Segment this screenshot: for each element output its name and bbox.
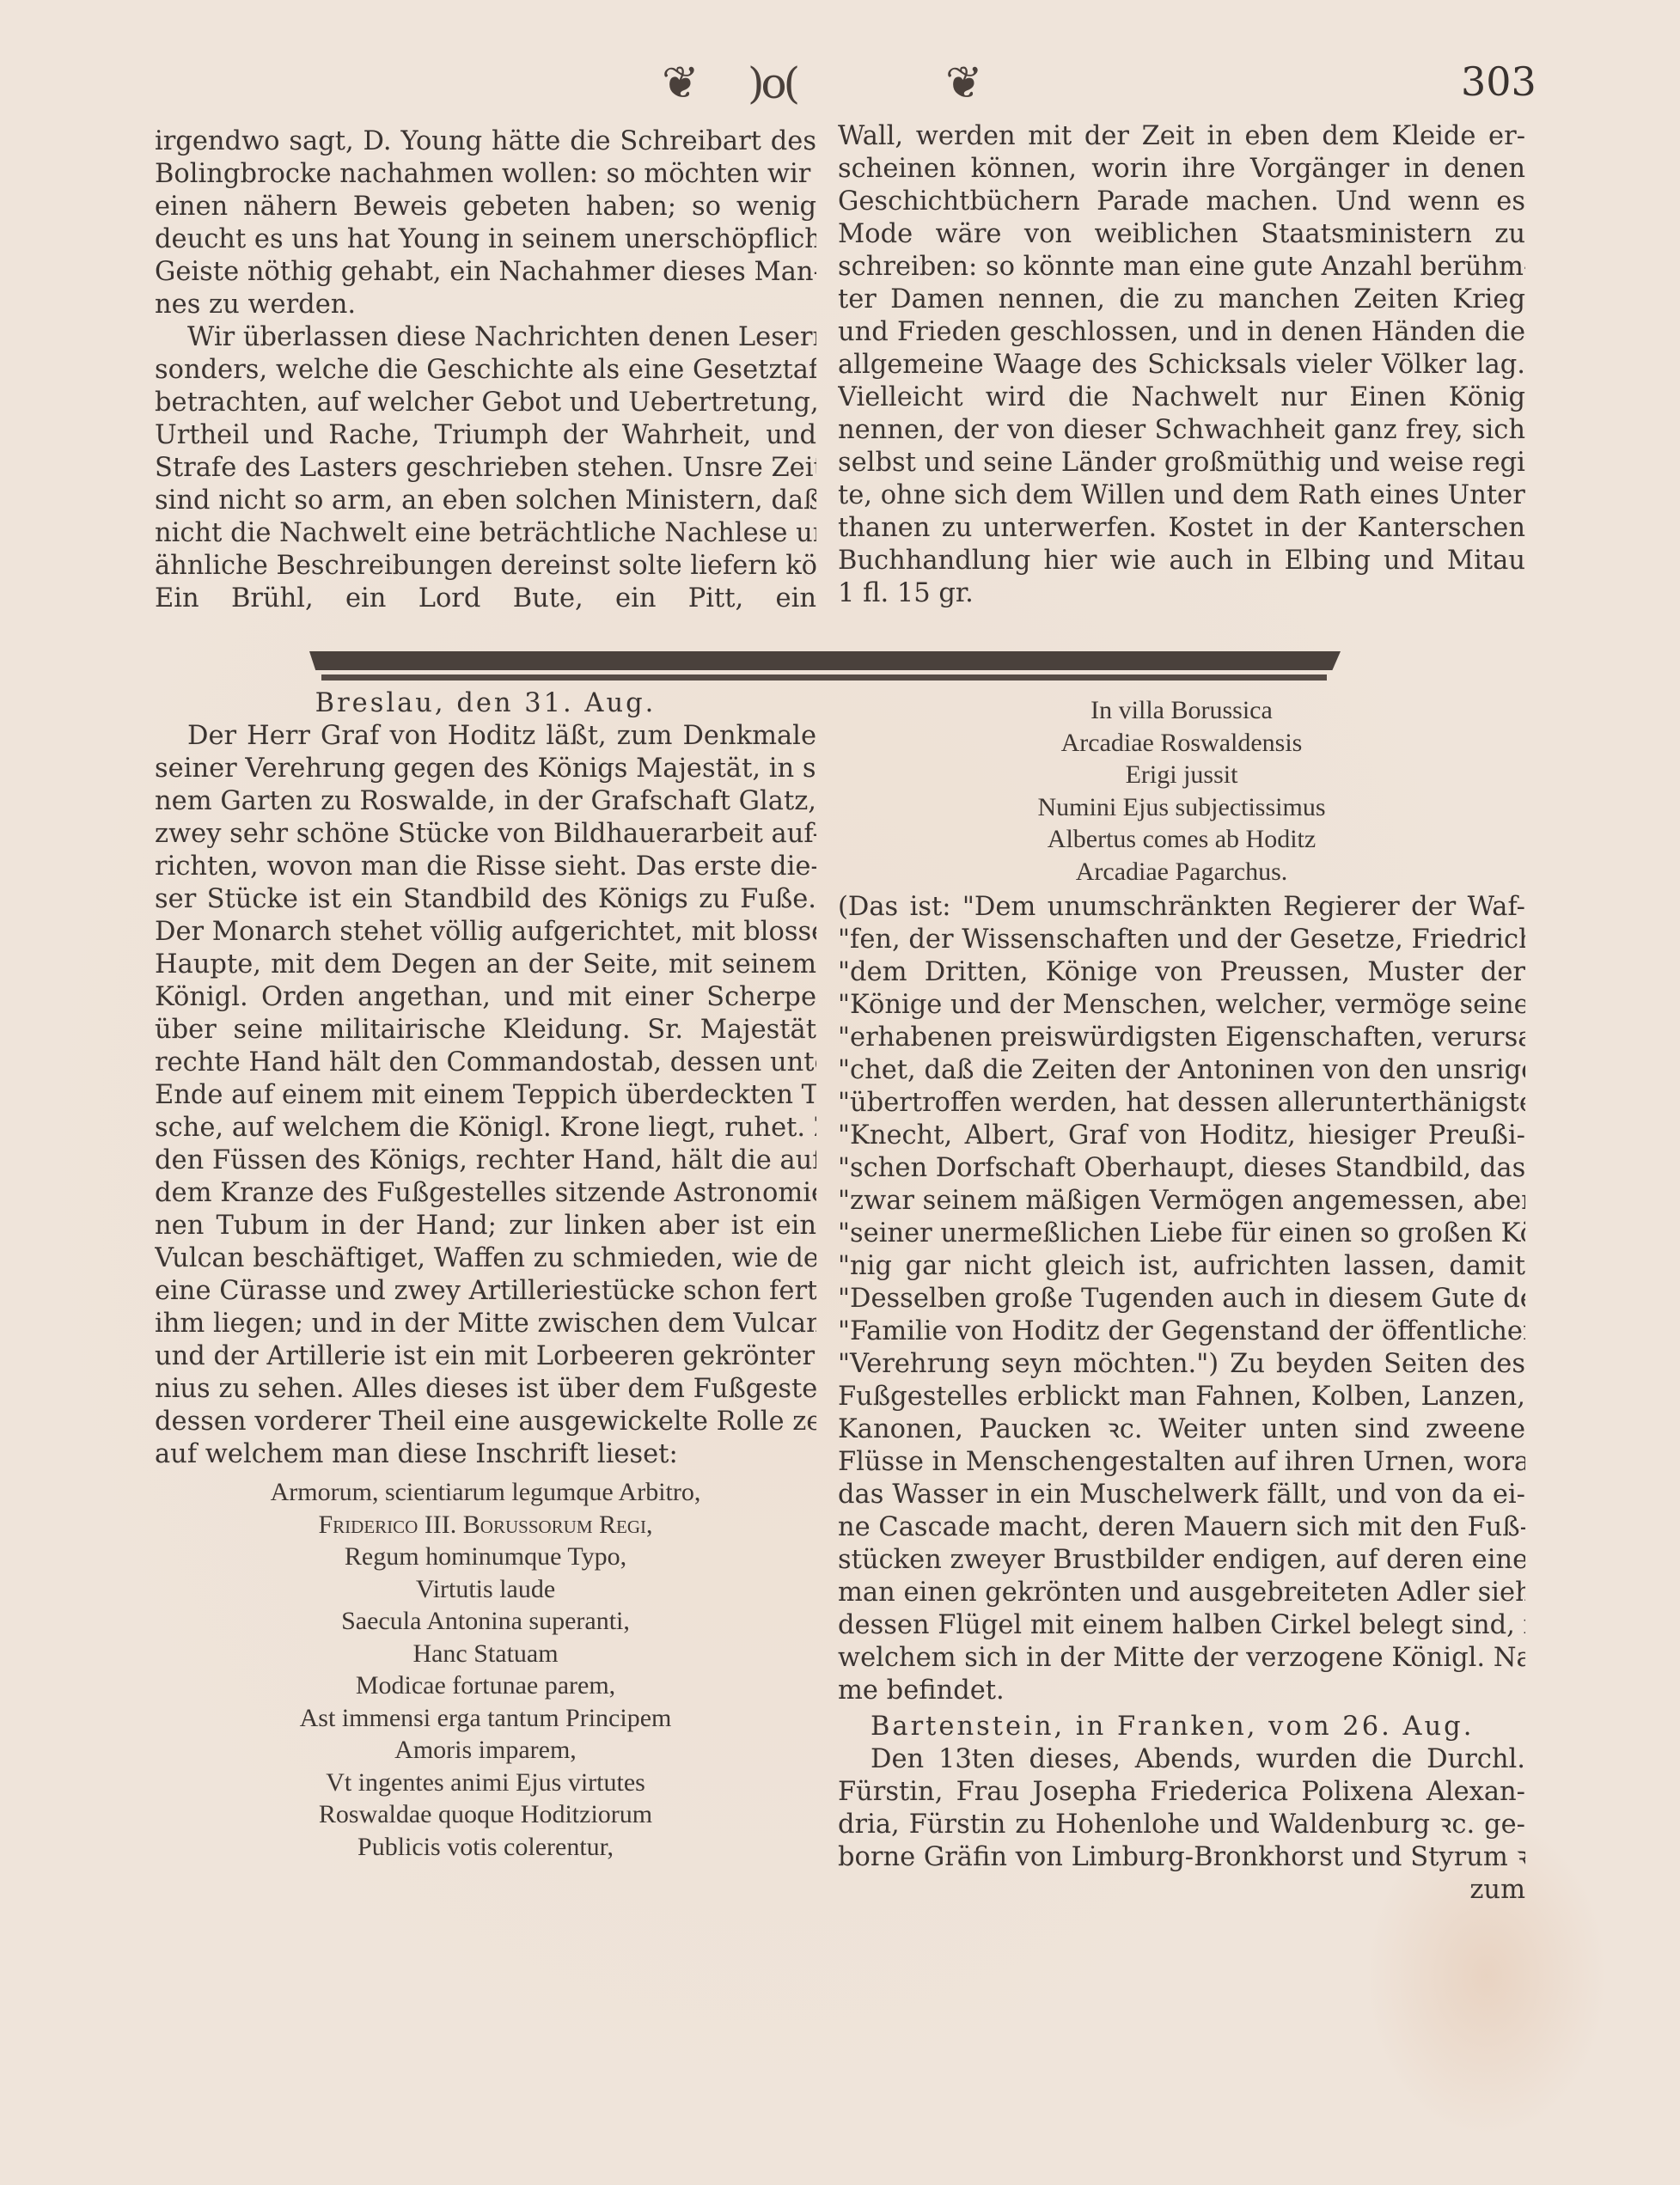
dateline-breslau: Breslau, den 31. Aug. bbox=[155, 687, 816, 720]
top-right-column: Wall, werden mit der Zeit in eben dem Kl… bbox=[838, 120, 1525, 610]
text-line: borne Gräfin von Limburg-Bronkhorst und … bbox=[838, 1841, 1525, 1874]
page-number: 303 bbox=[1461, 55, 1536, 108]
latin-inscription-part2: In villa Borussica Arcadiae Roswaldensis… bbox=[838, 694, 1525, 888]
bottom-right-column: In villa Borussica Arcadiae Roswaldensis… bbox=[838, 694, 1525, 1907]
inscription-line: Regum hominumque Typo, bbox=[155, 1541, 816, 1573]
text-line: Buchhandlung hier wie auch in Elbing und… bbox=[838, 545, 1525, 577]
inscription-line: Armorum, scientiarum legumque Arbitro, bbox=[155, 1476, 816, 1509]
text-line: "fen, der Wissenschaften und der Gesetze… bbox=[838, 924, 1525, 956]
text-line: Vielleicht wird die Nachwelt nur Einen K… bbox=[838, 381, 1525, 414]
text-line: Haupte, mit dem Degen an der Seite, mit … bbox=[155, 949, 816, 981]
text-line: sonders, welche die Geschichte als eine … bbox=[155, 354, 816, 387]
text-line: nius zu sehen. Alles dieses ist über dem… bbox=[155, 1373, 816, 1406]
inscription-line: Albertus comes ab Hoditz bbox=[838, 823, 1525, 856]
text-line: seiner Verehrung gegen des Königs Majest… bbox=[155, 753, 816, 785]
text-line: Vulcan beschäftiget, Waffen zu schmieden… bbox=[155, 1242, 816, 1275]
dateline-bartenstein: Bartenstein, in Franken, vom 26. Aug. bbox=[838, 1711, 1525, 1743]
text-line: allgemeine Waage des Schicksals vieler V… bbox=[838, 349, 1525, 381]
text-line: nen Tubum in der Hand; zur linken aber i… bbox=[155, 1210, 816, 1242]
text-line: Der Monarch stehet völlig aufgerichtet, … bbox=[155, 916, 816, 949]
latin-inscription-part1: Armorum, scientiarum legumque Arbitro, F… bbox=[155, 1476, 816, 1863]
newspaper-page: ❦ )o( ❦ 303 irgendwo sagt, D. Young hätt… bbox=[0, 0, 1680, 2185]
inscription-line: Numini Ejus subjectissimus bbox=[838, 791, 1525, 824]
divider-thick-bar bbox=[309, 651, 1341, 670]
text-line: "Verehrung seyn möchten.") Zu beyden Sei… bbox=[838, 1348, 1525, 1381]
text-line: und der Artillerie ist ein mit Lorbeeren… bbox=[155, 1340, 816, 1373]
text-line: rechte Hand hält den Commandostab, desse… bbox=[155, 1047, 816, 1079]
text-line: betrachten, auf welcher Gebot und Uebert… bbox=[155, 387, 816, 419]
text-line: Geiste nöthig gehabt, ein Nachahmer dies… bbox=[155, 256, 816, 289]
inscription-line: Arcadiae Pagarchus. bbox=[838, 856, 1525, 888]
text-line: "chet, daß die Zeiten der Antoninen von … bbox=[838, 1054, 1525, 1087]
text-line: me befindet. bbox=[838, 1675, 1525, 1707]
text-line: das Wasser in ein Muschelwerk fällt, und… bbox=[838, 1479, 1525, 1511]
text-line: Den 13ten dieses, Abends, wurden die Dur… bbox=[838, 1743, 1525, 1776]
text-line: dessen Flügel mit einem halben Cirkel be… bbox=[838, 1609, 1525, 1642]
text-line: "Familie von Hoditz der Gegenstand der ö… bbox=[838, 1315, 1525, 1348]
text-line: dria, Fürstin zu Hohenlohe und Waldenbur… bbox=[838, 1809, 1525, 1841]
text-line: welchem sich in der Mitte der verzogene … bbox=[838, 1642, 1525, 1675]
inscription-line: Hanc Statuam bbox=[155, 1638, 816, 1670]
text-line: ter Damen nennen, die zu manchen Zeiten … bbox=[838, 284, 1525, 316]
text-line: deucht es uns hat Young in seinem unersc… bbox=[155, 223, 816, 256]
inscription-line: Ast immensi erga tantum Principem bbox=[155, 1702, 816, 1735]
text-line: man einen gekrönten und ausgebreiteten A… bbox=[838, 1577, 1525, 1609]
text-line: über seine militairische Kleidung. Sr. M… bbox=[155, 1014, 816, 1047]
text-line: Flüsse in Menschengestalten auf ihren Ur… bbox=[838, 1446, 1525, 1479]
text-line: Kanonen, Paucken ꝛc. Weiter unten sind z… bbox=[838, 1413, 1525, 1446]
text-line: Königl. Orden angethan, und mit einer Sc… bbox=[155, 981, 816, 1014]
text-line: "seiner unermeßlichen Liebe für einen so… bbox=[838, 1218, 1525, 1250]
bottom-left-column: Breslau, den 31. Aug. Der Herr Graf von … bbox=[155, 687, 816, 1863]
price-line: 1 fl. 15 gr. bbox=[838, 577, 1525, 610]
text-line: Fürstin, Frau Josepha Friederica Polixen… bbox=[838, 1776, 1525, 1809]
text-line: Urtheil und Rache, Triumph der Wahrheit,… bbox=[155, 419, 816, 452]
text-line: (Das ist: "Dem unumschränkten Regierer d… bbox=[838, 891, 1525, 924]
text-line: schreiben: so könnte man eine gute Anzah… bbox=[838, 251, 1525, 284]
text-line: Der Herr Graf von Hoditz läßt, zum Denkm… bbox=[155, 720, 816, 753]
text-line: "schen Dorfschaft Oberhaupt, dieses Stan… bbox=[838, 1152, 1525, 1185]
inscription-line: Friderico III. Borussorum Regi, bbox=[155, 1509, 816, 1541]
text-line: nes zu werden. bbox=[155, 289, 816, 321]
text-line: und Frieden geschlossen, und in denen Hä… bbox=[838, 316, 1525, 349]
text-line: Bolingbrocke nachahmen wollen: so möchte… bbox=[155, 158, 816, 191]
text-line: auf welchem man diese Inschrift lieset: bbox=[155, 1438, 816, 1471]
text-line: stücken zweyer Brustbilder endigen, auf … bbox=[838, 1544, 1525, 1577]
text-line: ähnliche Beschreibungen dereinst solte l… bbox=[155, 550, 816, 583]
text-line: den Füssen des Königs, rechter Hand, häl… bbox=[155, 1144, 816, 1177]
shell-ornament-icon: ❦ bbox=[662, 53, 699, 113]
text-line: Ein Brühl, ein Lord Bute, ein Pitt, ein bbox=[155, 583, 816, 615]
text-line: "Knecht, Albert, Graf von Hoditz, hiesig… bbox=[838, 1120, 1525, 1152]
section-divider-rule bbox=[309, 644, 1341, 675]
text-line: Ende auf einem mit einem Teppich überdec… bbox=[155, 1079, 816, 1112]
text-line: einen nähern Beweis gebeten haben; so we… bbox=[155, 191, 816, 223]
text-line: dessen vorderer Theil eine ausgewickelte… bbox=[155, 1406, 816, 1438]
header-divider-ornament: )o( bbox=[748, 53, 797, 113]
text-line: Mode wäre von weiblichen Staatsministern… bbox=[838, 218, 1525, 251]
text-line: eine Cürasse und zwey Artilleriestücke s… bbox=[155, 1275, 816, 1308]
inscription-line: Modicae fortunae parem, bbox=[155, 1669, 816, 1702]
text-line: selbst und seine Länder großmüthig und w… bbox=[838, 447, 1525, 479]
text-line: Fußgestelles erblickt man Fahnen, Kolben… bbox=[838, 1381, 1525, 1413]
text-line: nem Garten zu Roswalde, in der Grafschaf… bbox=[155, 785, 816, 818]
page-header: ❦ )o( ❦ 303 bbox=[0, 53, 1680, 113]
inscription-line: Erigi jussit bbox=[838, 759, 1525, 791]
inscription-line: Arcadiae Roswaldensis bbox=[838, 727, 1525, 760]
text-line: "nig gar nicht gleich ist, aufrichten la… bbox=[838, 1250, 1525, 1283]
text-line: "erhabenen preiswürdigsten Eigenschaften… bbox=[838, 1022, 1525, 1054]
text-line: Wir überlassen diese Nachrichten denen L… bbox=[155, 321, 816, 354]
text-line: thanen zu unterwerfen. Kostet in der Kan… bbox=[838, 512, 1525, 545]
text-line: richten, wovon man die Risse sieht. Das … bbox=[155, 851, 816, 883]
text-line: nennen, der von dieser Schwachheit ganz … bbox=[838, 414, 1525, 447]
inscription-line: Vt ingentes animi Ejus virtutes bbox=[155, 1767, 816, 1799]
text-line: irgendwo sagt, D. Young hätte die Schrei… bbox=[155, 125, 816, 158]
text-line: "dem Dritten, Könige von Preussen, Muste… bbox=[838, 956, 1525, 989]
inscription-line: In villa Borussica bbox=[838, 694, 1525, 727]
text-line: "zwar seinem mäßigen Vermögen angemessen… bbox=[838, 1185, 1525, 1218]
text-line: nicht die Nachwelt eine beträchtliche Na… bbox=[155, 517, 816, 550]
text-line: Wall, werden mit der Zeit in eben dem Kl… bbox=[838, 120, 1525, 153]
text-line: zwey sehr schöne Stücke von Bildhauerarb… bbox=[155, 818, 816, 851]
text-line: scheinen können, worin ihre Vorgänger in… bbox=[838, 153, 1525, 186]
text-line: sind nicht so arm, an eben solchen Minis… bbox=[155, 485, 816, 517]
text-line: sche, auf welchem die Königl. Krone lieg… bbox=[155, 1112, 816, 1144]
text-line: ne Cascade macht, deren Mauern sich mit … bbox=[838, 1511, 1525, 1544]
inscription-line: Amoris imparem, bbox=[155, 1734, 816, 1767]
shell-ornament-icon: ❦ bbox=[945, 53, 983, 113]
text-line: ihm liegen; und in der Mitte zwischen de… bbox=[155, 1308, 816, 1340]
inscription-line: Saecula Antonina superanti, bbox=[155, 1605, 816, 1638]
text-line: Strafe des Lasters geschrieben stehen. U… bbox=[155, 452, 816, 485]
text-line: "übertroffen werden, hat dessen allerunt… bbox=[838, 1087, 1525, 1120]
text-line: Geschichtbüchern Parade machen. Und wenn… bbox=[838, 186, 1525, 218]
inscription-line: Virtutis laude bbox=[155, 1573, 816, 1606]
text-line: ser Stücke ist ein Standbild des Königs … bbox=[155, 883, 816, 916]
text-line: dem Kranze des Fußgestelles sitzende Ast… bbox=[155, 1177, 816, 1210]
text-line: "Desselben große Tugenden auch in diesem… bbox=[838, 1283, 1525, 1315]
text-line: te, ohne sich dem Willen und dem Rath ei… bbox=[838, 479, 1525, 512]
inscription-line: Publicis votis colerentur, bbox=[155, 1831, 816, 1864]
divider-thin-bar bbox=[321, 674, 1327, 681]
text-line: "Könige und der Menschen, welcher, vermö… bbox=[838, 989, 1525, 1022]
german-translation: (Das ist: "Dem unumschränkten Regierer d… bbox=[838, 891, 1525, 1707]
inscription-line: Roswaldae quoque Hoditziorum bbox=[155, 1798, 816, 1831]
catchword: zum bbox=[838, 1874, 1525, 1907]
top-left-column: irgendwo sagt, D. Young hätte die Schrei… bbox=[155, 125, 816, 615]
